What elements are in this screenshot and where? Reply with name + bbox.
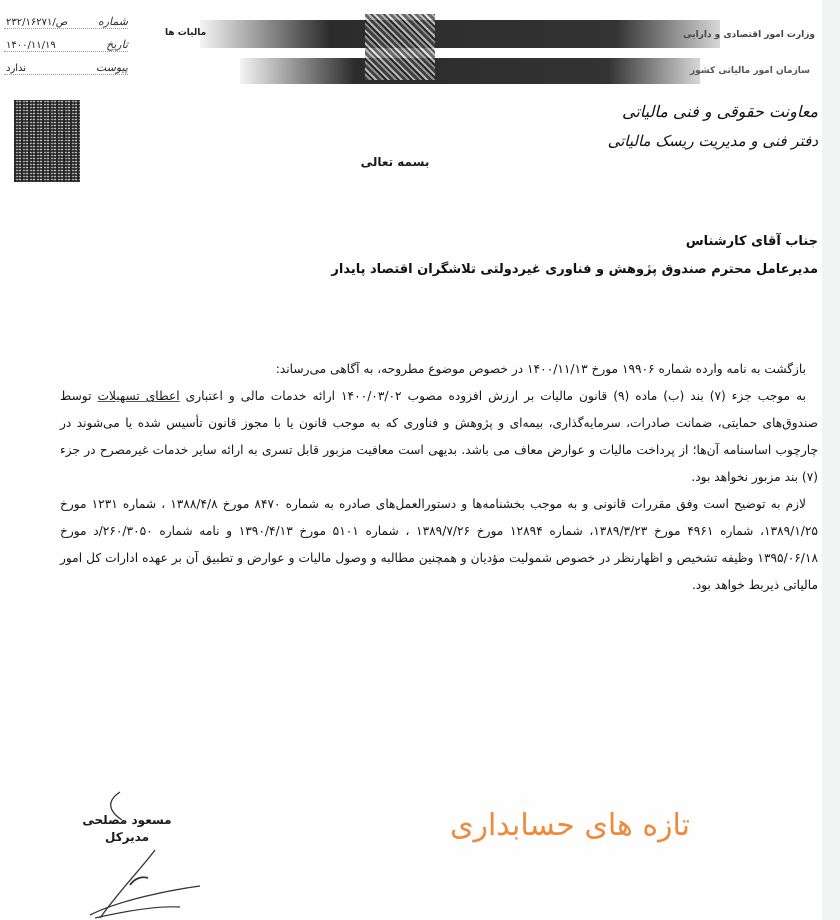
meta-number-row: شماره ۲۳۲/۱۶۲۷۱/ص [4,8,128,29]
letterhead-bar-bottom [240,58,700,84]
department-line-1: معاونت حقوقی و فنی مالیاتی [622,102,818,121]
paragraph-2-start: به موجب جزء (۷) بند (ب) ماده (۹) قانون م… [180,389,806,403]
scanned-letter: شماره ۲۳۲/۱۶۲۷۱/ص تاریخ ۱۴۰۰/۱۱/۱۹ پیوست… [0,0,840,920]
attachment-label: پیوست [94,61,128,74]
paragraph-3: لازم به توضیح است وفق مقررات قانونی و به… [60,491,818,599]
paragraph-2-end: توسط صندوق‌های حمایتی، ضمانت صادرات، سرم… [60,389,818,484]
attachment-value: ندارد [4,63,26,74]
ministry-text: وزارت امور اقتصادی و دارایی [683,30,815,40]
signatory-title: مدیرکل [82,829,172,846]
letter-meta: شماره ۲۳۲/۱۶۲۷۱/ص تاریخ ۱۴۰۰/۱۱/۱۹ پیوست… [4,8,128,77]
meta-date-row: تاریخ ۱۴۰۰/۱۱/۱۹ [4,31,128,52]
watermark-text: تازه های حسابداری [410,808,730,843]
number-label: شماره [94,15,128,28]
bismillah-heading: بسمه تعالی [345,155,445,169]
paragraph-2: به موجب جزء (۷) بند (ب) ماده (۹) قانون م… [60,383,818,491]
department-line-2: دفتر فنی و مدیریت ریسک مالیاتی [608,132,818,150]
date-label: تاریخ [94,38,128,51]
underlined-phrase: اعطای تسهیلات [97,389,179,403]
meta-attachment-row: پیوست ندارد [4,54,128,75]
paragraph-1: بازگشت به نامه وارده شماره ۱۹۹۰۶ مورخ ۱۴… [60,356,818,383]
signatory: مسعود مصلحی مدیرکل [82,812,172,846]
letter-body: بازگشت به نامه وارده شماره ۱۹۹۰۶ مورخ ۱۴… [60,356,818,599]
date-value: ۱۴۰۰/۱۱/۱۹ [4,40,56,51]
signature-scribble-icon [60,790,220,920]
addressee-title: مدیرعامل محترم صندوق پژوهش و فناوری غیرد… [331,262,818,277]
organization-text: سازمان امور مالیاتی کشور [690,66,810,76]
page-edge [822,0,840,920]
letterhead-bar-top [200,20,720,48]
number-value: ۲۳۲/۱۶۲۷۱/ص [4,17,68,28]
emblem-icon [365,14,435,80]
signatory-name: مسعود مصلحی [82,812,172,829]
addressee-name: جناب آقای کارشناس [686,234,818,249]
qr-code-icon [14,100,80,182]
left-bar-text: مالیات ها [165,28,206,38]
